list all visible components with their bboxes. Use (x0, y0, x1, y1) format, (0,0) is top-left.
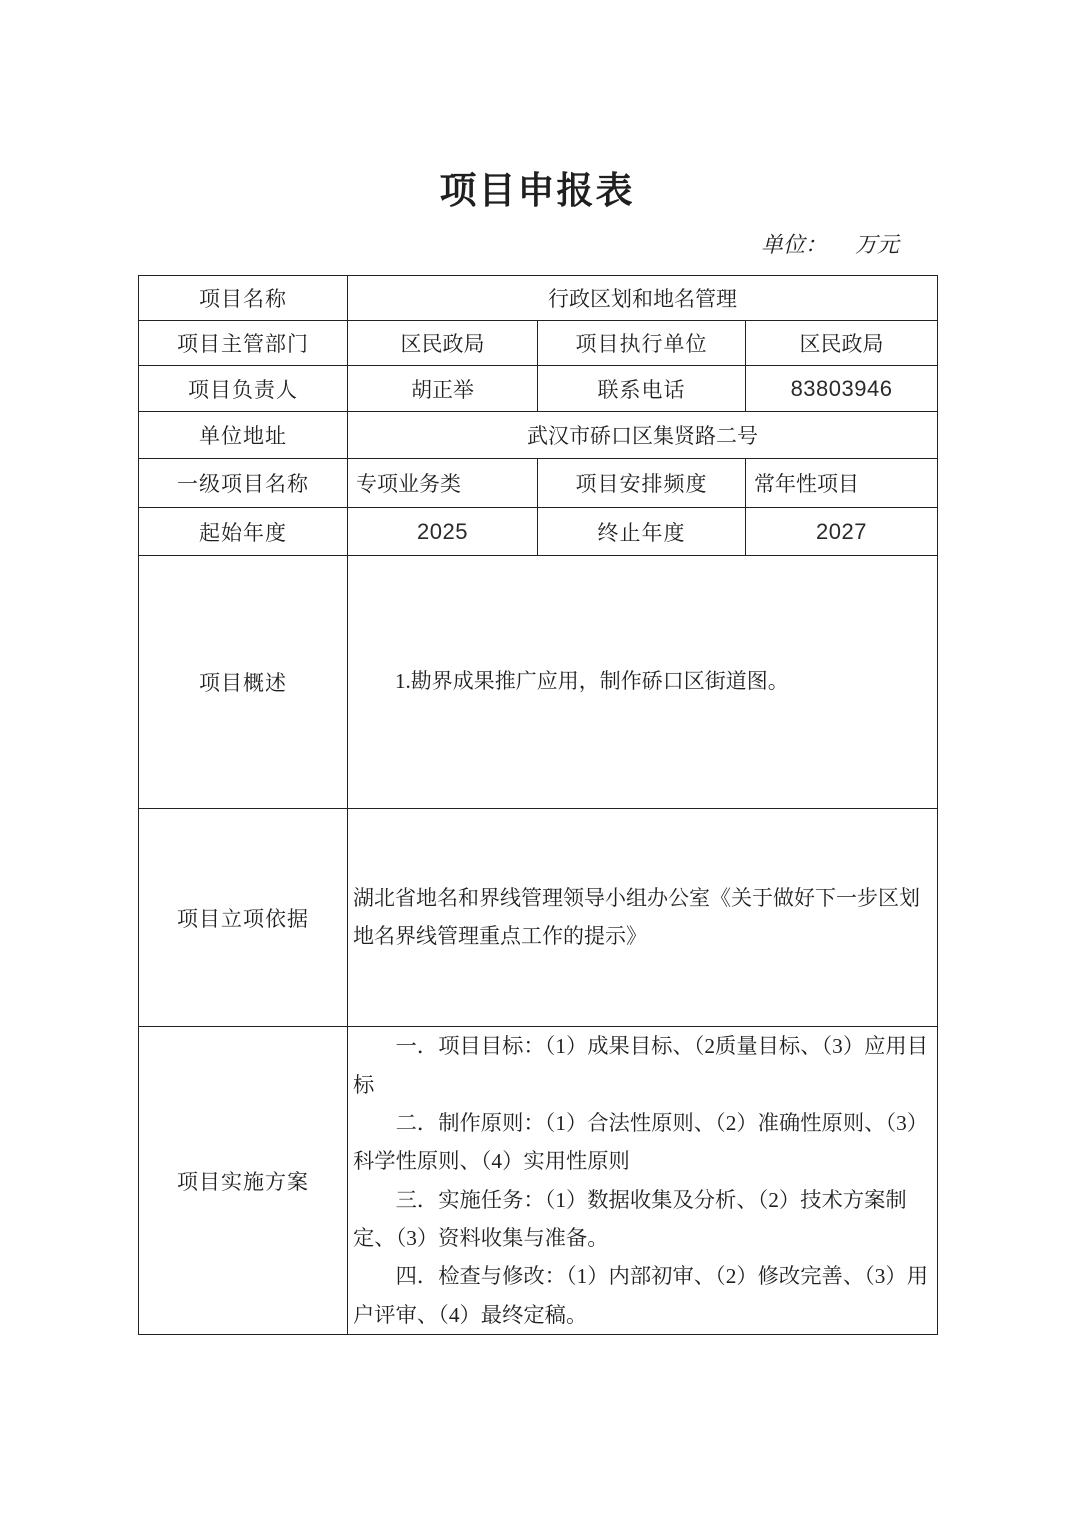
row-level1-frequency: 一级项目名称 专项业务类 项目安排频度 常年性项目 (139, 459, 938, 508)
row-project-name: 项目名称 行政区划和地名管理 (139, 276, 938, 321)
label-project-overview: 项目概述 (139, 556, 348, 809)
value-project-basis: 湖北省地名和界线管理领导小组办公室《关于做好下一步区划地名界线管理重点工作的提示… (348, 809, 938, 1027)
row-project-overview: 项目概述 1.勘界成果推广应用，制作硚口区街道图。 (139, 556, 938, 809)
label-project-leader: 项目负责人 (139, 366, 348, 412)
row-implementation-plan: 项目实施方案 一．项目目标：（1）成果目标、（2质量目标、（3）应用目标 二．制… (139, 1027, 938, 1335)
unit-line: 单位：万元 (138, 228, 937, 259)
label-end-year: 终止年度 (538, 508, 746, 556)
document-page: 项目申报表 单位：万元 项目名称 行政区划和地名管理 项目主管部门 区民政局 项… (0, 0, 1074, 1520)
label-unit-address: 单位地址 (139, 412, 348, 459)
label-schedule-frequency: 项目安排频度 (538, 459, 746, 508)
value-implementation-plan: 一．项目目标：（1）成果目标、（2质量目标、（3）应用目标 二．制作原则：（1）… (348, 1027, 938, 1335)
label-level1-project-name: 一级项目名称 (139, 459, 348, 508)
value-level1-project-name: 专项业务类 (348, 459, 538, 508)
basis-paragraph: 湖北省地名和界线管理领导小组办公室《关于做好下一步区划地名界线管理重点工作的提示… (353, 880, 932, 956)
value-contact-phone: 83803946 (746, 366, 938, 412)
value-supervisor-department: 区民政局 (348, 321, 538, 366)
plan-paragraph-principles: 二．制作原则：（1）合法性原则、（2）准确性原则、（3）科学性原则、（4）实用性… (353, 1104, 932, 1181)
value-project-name: 行政区划和地名管理 (348, 276, 938, 321)
value-unit-address: 武汉市硚口区集贤路二号 (348, 412, 938, 459)
plan-paragraph-goals: 一．项目目标：（1）成果目标、（2质量目标、（3）应用目标 (353, 1027, 932, 1104)
unit-label: 单位： (761, 232, 827, 257)
plan-paragraph-review: 四．检查与修改：（1）内部初审、（2）修改完善、（3）用户评审、（4）最终定稿。 (353, 1257, 932, 1334)
label-project-name: 项目名称 (139, 276, 348, 321)
row-project-basis: 项目立项依据 湖北省地名和界线管理领导小组办公室《关于做好下一步区划地名界线管理… (139, 809, 938, 1027)
plan-paragraph-tasks: 三．实施任务：（1）数据收集及分析、（2）技术方案制定、（3）资料收集与准备。 (353, 1181, 932, 1258)
row-leader-phone: 项目负责人 胡正举 联系电话 83803946 (139, 366, 938, 412)
label-supervisor-department: 项目主管部门 (139, 321, 348, 366)
row-years: 起始年度 2025 终止年度 2027 (139, 508, 938, 556)
value-executing-unit: 区民政局 (746, 321, 938, 366)
value-start-year: 2025 (348, 508, 538, 556)
unit-value: 万元 (855, 232, 899, 257)
row-departments: 项目主管部门 区民政局 项目执行单位 区民政局 (139, 321, 938, 366)
value-end-year: 2027 (746, 508, 938, 556)
application-form-table: 项目名称 行政区划和地名管理 项目主管部门 区民政局 项目执行单位 区民政局 项… (138, 275, 938, 1335)
value-project-leader: 胡正举 (348, 366, 538, 412)
document-title: 项目申报表 (0, 0, 1074, 214)
label-implementation-plan: 项目实施方案 (139, 1027, 348, 1335)
value-project-overview: 1.勘界成果推广应用，制作硚口区街道图。 (348, 556, 938, 809)
overview-paragraph: 1.勘界成果推广应用，制作硚口区街道图。 (353, 663, 932, 701)
label-start-year: 起始年度 (139, 508, 348, 556)
row-unit-address: 单位地址 武汉市硚口区集贤路二号 (139, 412, 938, 459)
value-schedule-frequency: 常年性项目 (746, 459, 938, 508)
label-project-basis: 项目立项依据 (139, 809, 348, 1027)
label-executing-unit: 项目执行单位 (538, 321, 746, 366)
label-contact-phone: 联系电话 (538, 366, 746, 412)
